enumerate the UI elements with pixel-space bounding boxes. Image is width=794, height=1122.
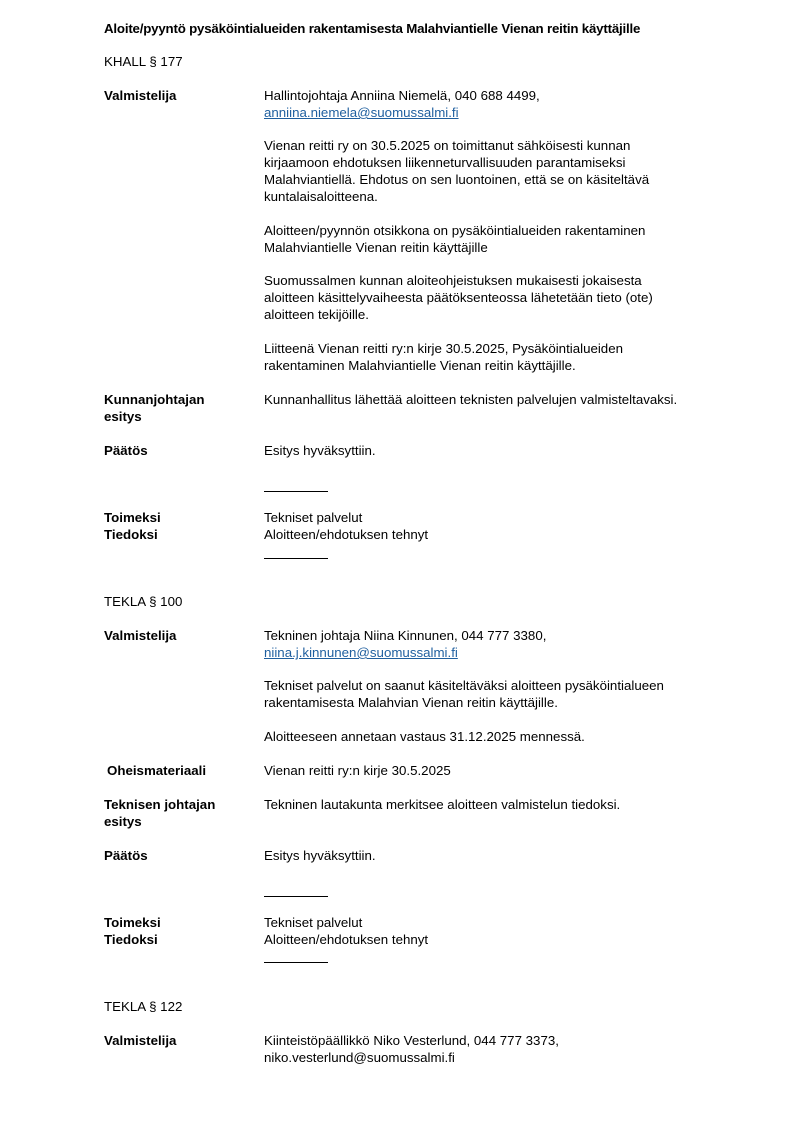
paragraph-line: Malahviantielle Vienan reitin käyttäjill… xyxy=(264,239,488,256)
valmistelija-label: Valmistelija xyxy=(104,87,176,104)
paragraph-line: rakentaminen Malahviantielle Vienan reit… xyxy=(264,357,576,374)
oheismateriaali-text: Vienan reitti ry:n kirje 30.5.2025 xyxy=(264,762,451,779)
paragraph-line: Liitteenä Vienan reitti ry:n kirje 30.5.… xyxy=(264,340,623,357)
valmistelija-email-link[interactable]: niina.j.kinnunen@suomussalmi.fi xyxy=(264,644,458,661)
valmistelija-text: Hallintojohtaja Anniina Niemelä, 040 688… xyxy=(264,87,540,104)
paragraph-line: Vienan reitti ry on 30.5.2025 on toimitt… xyxy=(264,137,630,154)
oheismateriaali-label: Oheismateriaali xyxy=(107,762,206,779)
paatos-text: Esitys hyväksyttiin. xyxy=(264,442,376,459)
valmistelija-email: niko.vesterlund@suomussalmi.fi xyxy=(264,1049,455,1066)
section-ref-tekla-122: TEKLA § 122 xyxy=(104,998,182,1015)
tiedoksi-text: Aloitteen/ehdotuksen tehnyt xyxy=(264,526,428,543)
paragraph-line: kirjaamoon ehdotuksen liikenneturvallisu… xyxy=(264,154,625,171)
esitys-label: esitys xyxy=(104,813,142,830)
esitys-label: Teknisen johtajan xyxy=(104,796,215,813)
esitys-text: Kunnanhallitus lähettää aloitteen teknis… xyxy=(264,391,677,408)
separator-rule xyxy=(264,962,328,963)
paragraph-line: Aloitteen/pyynnön otsikkona on pysäköint… xyxy=(264,222,645,239)
valmistelija-label: Valmistelija xyxy=(104,627,176,644)
paatos-label: Päätös xyxy=(104,442,148,459)
paragraph-line: Aloitteeseen annetaan vastaus 31.12.2025… xyxy=(264,728,585,745)
valmistelija-text: Kiinteistöpäällikkö Niko Vesterlund, 044… xyxy=(264,1032,559,1049)
esitys-text: Tekninen lautakunta merkitsee aloitteen … xyxy=(264,796,620,813)
paragraph-line: Suomussalmen kunnan aloiteohjeistuksen m… xyxy=(264,272,642,289)
paragraph-line: kuntalaisaloitteena. xyxy=(264,188,378,205)
paatos-label: Päätös xyxy=(104,847,148,864)
valmistelija-email-link[interactable]: anniina.niemela@suomussalmi.fi xyxy=(264,104,459,121)
paragraph-line: aloitteen tekijöille. xyxy=(264,306,369,323)
section-ref-khall-177: KHALL § 177 xyxy=(104,53,183,70)
toimeksi-label: Toimeksi xyxy=(104,509,161,526)
tiedoksi-label: Tiedoksi xyxy=(104,526,158,543)
separator-rule xyxy=(264,491,328,492)
paatos-text: Esitys hyväksyttiin. xyxy=(264,847,376,864)
tiedoksi-text: Aloitteen/ehdotuksen tehnyt xyxy=(264,931,428,948)
document-title: Aloite/pyyntö pysäköintialueiden rakenta… xyxy=(104,20,640,37)
paragraph-line: rakentamisesta Malahvian Vienan reitin k… xyxy=(264,694,558,711)
valmistelija-text: Tekninen johtaja Niina Kinnunen, 044 777… xyxy=(264,627,546,644)
paragraph-line: aloitteen käsittelyvaiheesta päätöksente… xyxy=(264,289,653,306)
toimeksi-text: Tekniset palvelut xyxy=(264,914,362,931)
paragraph-line: Tekniset palvelut on saanut käsiteltäväk… xyxy=(264,677,664,694)
esitys-label: esitys xyxy=(104,408,142,425)
toimeksi-label: Toimeksi xyxy=(104,914,161,931)
valmistelija-label: Valmistelija xyxy=(104,1032,176,1049)
document-page: Aloite/pyyntö pysäköintialueiden rakenta… xyxy=(0,0,794,1122)
paragraph-line: Malahviantiellä. Ehdotus on sen luontoin… xyxy=(264,171,649,188)
toimeksi-text: Tekniset palvelut xyxy=(264,509,362,526)
esitys-label: Kunnanjohtajan xyxy=(104,391,204,408)
separator-rule xyxy=(264,896,328,897)
separator-rule xyxy=(264,558,328,559)
section-ref-tekla-100: TEKLA § 100 xyxy=(104,593,182,610)
tiedoksi-label: Tiedoksi xyxy=(104,931,158,948)
